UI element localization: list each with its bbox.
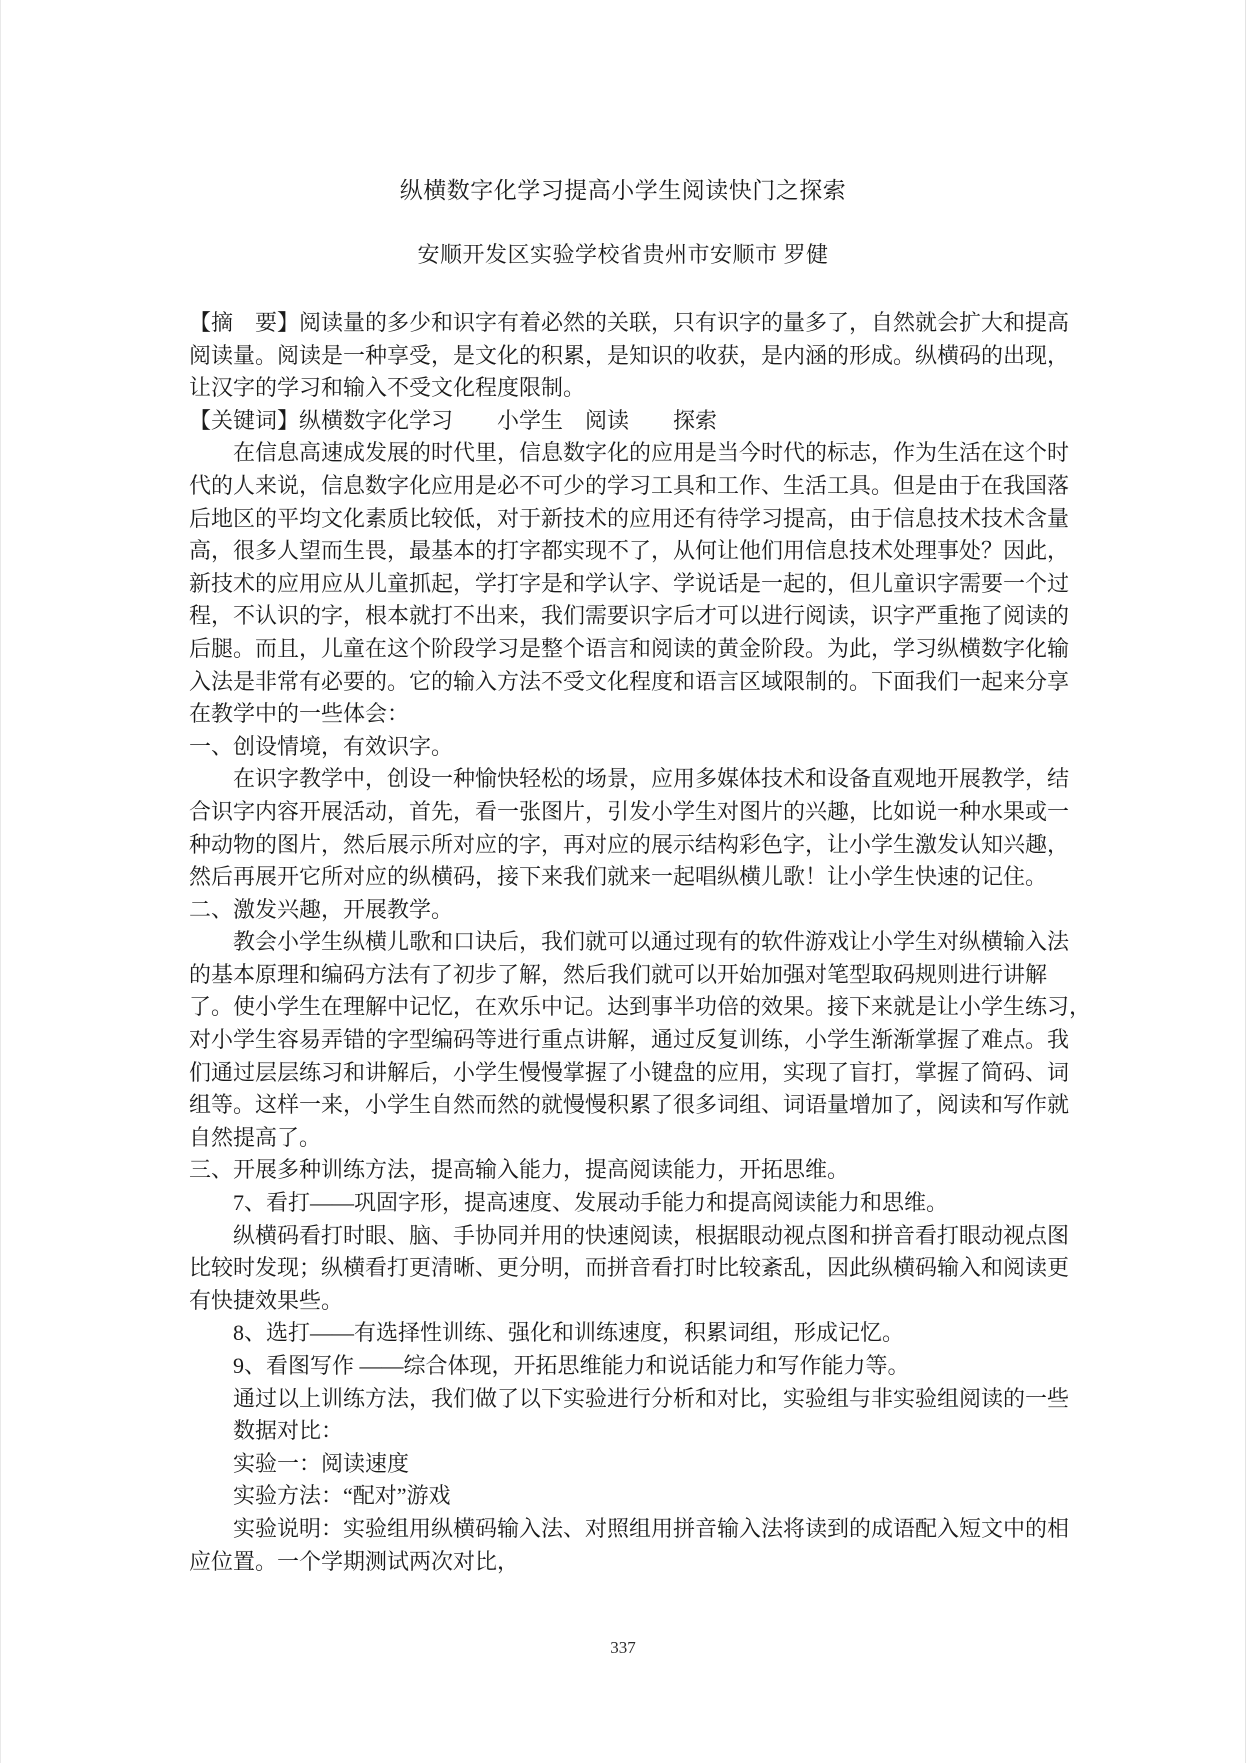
text-line: 程，不认识的字，根本就打不出来，我们需要识字后才可以进行阅读，识字严重拖了阅读的 [189,600,1109,633]
text-line: 的基本原理和编码方法有了初步了解，然后我们就可以开始加强对笔型取码规则进行讲解 [189,959,1109,992]
text-line: 9、看图写作 ——综合体现，开拓思维能力和说话能力和写作能力等。 [189,1350,1109,1383]
text-line: 纵横码看打时眼、脑、手协同并用的快速阅读，根据眼动视点图和拼音看打眼动视点图 [189,1220,1109,1253]
document-page: 纵横数字化学习提高小学生阅读快门之探索 安顺开发区实验学校省贵州市安顺市 罗健 … [0,0,1246,1763]
text-line: 一、创设情境，有效识字。 [189,731,1109,764]
text-line: 实验一：阅读速度 [189,1448,1109,1481]
body-text: 【摘 要】阅读量的多少和识字有着必然的关联，只有识字的量多了，自然就会扩大和提高… [189,307,1109,1578]
text-line: 8、选打——有选择性训练、强化和训练速度，积累词组，形成记忆。 [189,1317,1109,1350]
text-line: 了。使小学生在理解中记忆，在欢乐中记。达到事半功倍的效果。接下来就是让小学生练习… [189,991,1109,1024]
text-line: 通过以上训练方法，我们做了以下实验进行分析和对比，实验组与非实验组阅读的一些 [189,1383,1109,1416]
text-line: 代的人来说，信息数字化应用是必不可少的学习工具和工作、生活工具。但是由于在我国落 [189,470,1109,503]
text-line: 7、看打——巩固字形，提高速度、发展动手能力和提高阅读能力和思维。 [189,1187,1109,1220]
text-line: 们通过层层练习和讲解后，小学生慢慢掌握了小键盘的应用，实现了盲打，掌握了简码、词 [189,1057,1109,1090]
text-line: 【摘 要】阅读量的多少和识字有着必然的关联，只有识字的量多了，自然就会扩大和提高 [189,307,1109,340]
text-line: 种动物的图片，然后展示所对应的字，再对应的展示结构彩色字，让小学生激发认知兴趣， [189,829,1109,862]
text-line: 组等。这样一来，小学生自然而然的就慢慢积累了很多词组、词语量增加了，阅读和写作就 [189,1089,1109,1122]
text-line: 【关键词】纵横数字化学习 小学生 阅读 探索 [189,405,1109,438]
text-line: 让汉字的学习和输入不受文化程度限制。 [189,372,1109,405]
text-line: 合识字内容开展活动，首先，看一张图片，引发小学生对图片的兴趣，比如说一种水果或一 [189,796,1109,829]
text-line: 后地区的平均文化素质比较低，对于新技术的应用还有待学习提高，由于信息技术技术含量 [189,503,1109,536]
text-line: 二、激发兴趣，开展教学。 [189,894,1109,927]
text-line: 实验方法：“配对”游戏 [189,1480,1109,1513]
text-line: 然后再展开它所对应的纵横码，接下来我们就来一起唱纵横儿歌！让小学生快速的记住。 [189,861,1109,894]
text-line: 自然提高了。 [189,1122,1109,1155]
document-title: 纵横数字化学习提高小学生阅读快门之探索 [1,172,1245,205]
text-line: 实验说明：实验组用纵横码输入法、对照组用拼音输入法将读到的成语配入短文中的相 [189,1513,1109,1546]
text-line: 在教学中的一些体会： [189,698,1109,731]
text-line: 应位置。一个学期测试两次对比， [189,1546,1109,1579]
page-number: 337 [1,1638,1245,1658]
text-line: 教会小学生纵横儿歌和口诀后，我们就可以通过现有的软件游戏让小学生对纵横输入法 [189,926,1109,959]
text-line: 高，很多人望而生畏，最基本的打字都实现不了，从何让他们用信息技术处理事处？因此， [189,535,1109,568]
author-line: 安顺开发区实验学校省贵州市安顺市 罗健 [1,238,1245,269]
text-line: 后腿。而且，儿童在这个阶段学习是整个语言和阅读的黄金阶段。为此，学习纵横数字化输 [189,633,1109,666]
text-line: 阅读量。阅读是一种享受，是文化的积累，是知识的收获，是内涵的形成。纵横码的出现， [189,340,1109,373]
text-line: 数据对比： [189,1415,1109,1448]
text-line: 入法是非常有必要的。它的输入方法不受文化程度和语言区域限制的。下面我们一起来分享 [189,666,1109,699]
text-line: 在信息高速成发展的时代里，信息数字化的应用是当今时代的标志，作为生活在这个时 [189,437,1109,470]
text-line: 三、开展多种训练方法，提高输入能力，提高阅读能力，开拓思维。 [189,1154,1109,1187]
text-line: 在识字教学中，创设一种愉快轻松的场景，应用多媒体技术和设备直观地开展教学，结 [189,763,1109,796]
text-line: 对小学生容易弄错的字型编码等进行重点讲解，通过反复训练，小学生渐渐掌握了难点。我 [189,1024,1109,1057]
text-line: 新技术的应用应从儿童抓起，学打字是和学认字、学说话是一起的，但儿童识字需要一个过 [189,568,1109,601]
text-line: 比较时发现；纵横看打更清晰、更分明，而拼音看打时比较紊乱，因此纵横码输入和阅读更 [189,1252,1109,1285]
text-line: 有快捷效果些。 [189,1285,1109,1318]
